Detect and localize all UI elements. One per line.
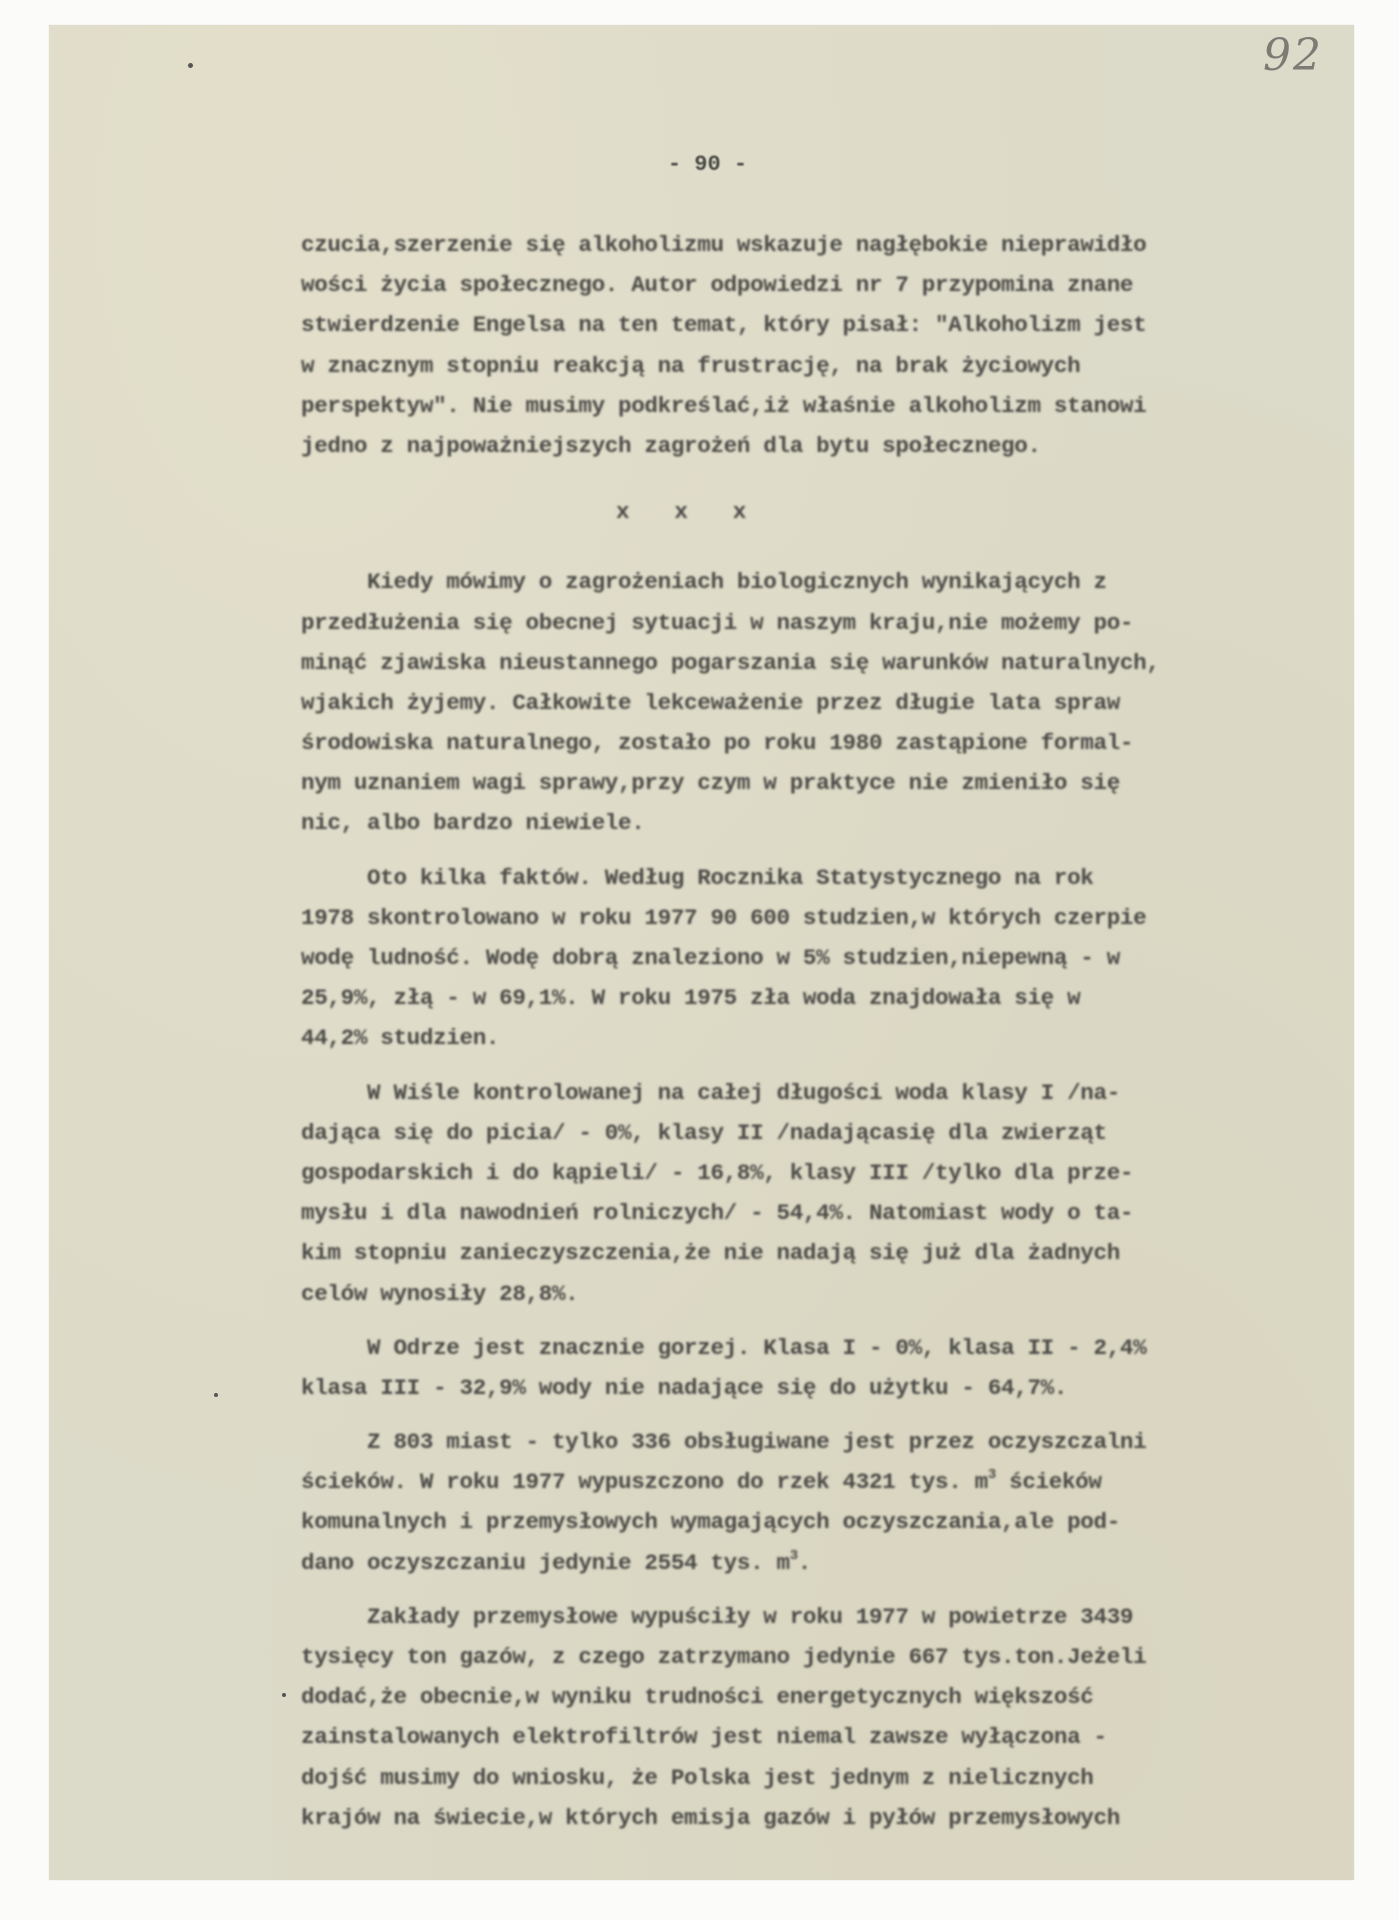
paragraph: Oto kilka faktów. Według Rocznika Statys… (301, 858, 1361, 1059)
text-line: w znacznym stopniu reakcją na frustrację… (301, 346, 1361, 386)
paragraph: Zakłady przemysłowe wypuściły w roku 197… (301, 1597, 1361, 1838)
text-line: Zakłady przemysłowe wypuściły w roku 197… (301, 1597, 1361, 1637)
text-line: dojść musimy do wniosku, że Polska jest … (301, 1758, 1361, 1798)
text-line: perspektyw". Nie musimy podkreślać,iż wł… (301, 386, 1361, 426)
text-line: komunalnych i przemysłowych wymagających… (301, 1502, 1361, 1542)
text-line: środowiska naturalnego, zostało po roku … (301, 723, 1361, 763)
page-number: - 90 - (0, 152, 1399, 177)
document-body: czucia,szerzenie się alkoholizmu wskazuj… (301, 225, 1361, 1838)
text-line: wodę ludność. Wodę dobrą znaleziono w 5%… (301, 938, 1361, 978)
section-separator: x x x (301, 492, 1061, 532)
text-line: gospodarskich i do kąpieli/ - 16,8%, kla… (301, 1153, 1361, 1193)
text-line: Oto kilka faktów. Według Rocznika Statys… (301, 858, 1361, 898)
text-line: Z 803 miast - tylko 336 obsługiwane jest… (301, 1422, 1361, 1462)
text-line: jedno z najpoważniejszych zagrożeń dla b… (301, 426, 1361, 466)
text-line: klasa III - 32,9% wody nie nadające się … (301, 1368, 1361, 1408)
text-line: 1978 skontrolowano w roku 1977 90 600 st… (301, 898, 1361, 938)
paper-speck (188, 63, 193, 68)
paragraph: W Odrze jest znacznie gorzej. Klasa I - … (301, 1328, 1361, 1408)
text-line: kim stopniu zanieczyszczenia,że nie nada… (301, 1233, 1361, 1273)
paper-speck (214, 1393, 218, 1397)
text-line: tysięcy ton gazów, z czego zatrzymano je… (301, 1637, 1361, 1677)
text-line: nic, albo bardzo niewiele. (301, 803, 1361, 843)
text-line: wjakich żyjemy. Całkowite lekceważenie p… (301, 683, 1361, 723)
paragraph: czucia,szerzenie się alkoholizmu wskazuj… (301, 225, 1361, 466)
text-line: krajów na świecie,w których emisja gazów… (301, 1798, 1361, 1838)
text-line: dano oczyszczaniu jedynie 2554 tys. m3. (301, 1543, 1361, 1583)
text-line: celów wynosiły 28,8%. (301, 1274, 1361, 1314)
text-line: przedłużenia się obecnej sytuacji w nasz… (301, 603, 1361, 643)
text-line: wości życia społecznego. Autor odpowiedz… (301, 265, 1361, 305)
text-line: Kiedy mówimy o zagrożeniach biologicznyc… (301, 562, 1361, 602)
text-line: W Odrze jest znacznie gorzej. Klasa I - … (301, 1328, 1361, 1368)
text-line: nym uznaniem wagi sprawy,przy czym w pra… (301, 763, 1361, 803)
paragraph: Z 803 miast - tylko 336 obsługiwane jest… (301, 1422, 1361, 1583)
text-line: mysłu i dla nawodnień rolniczych/ - 54,4… (301, 1193, 1361, 1233)
text-line: ścieków. W roku 1977 wypuszczono do rzek… (301, 1462, 1361, 1502)
text-line: minąć zjawiska nieustannego pogarszania … (301, 643, 1361, 683)
handwritten-folio-number: 92 (1263, 30, 1323, 81)
paragraph: Kiedy mówimy o zagrożeniach biologicznyc… (301, 562, 1361, 843)
paragraph: W Wiśle kontrolowanej na całej długości … (301, 1073, 1361, 1314)
text-line: czucia,szerzenie się alkoholizmu wskazuj… (301, 225, 1361, 265)
paper-speck (282, 1693, 286, 1697)
text-line: stwierdzenie Engelsa na ten temat, który… (301, 305, 1361, 345)
text-line: 44,2% studzien. (301, 1018, 1361, 1058)
text-line: dodać,że obecnie,w wyniku trudności ener… (301, 1677, 1361, 1717)
text-line: dająca się do picia/ - 0%, klasy II /nad… (301, 1113, 1361, 1153)
text-line: zainstalowanych elektrofiltrów jest niem… (301, 1717, 1361, 1757)
text-line: W Wiśle kontrolowanej na całej długości … (301, 1073, 1361, 1113)
text-line: 25,9%, złą - w 69,1%. W roku 1975 zła wo… (301, 978, 1361, 1018)
